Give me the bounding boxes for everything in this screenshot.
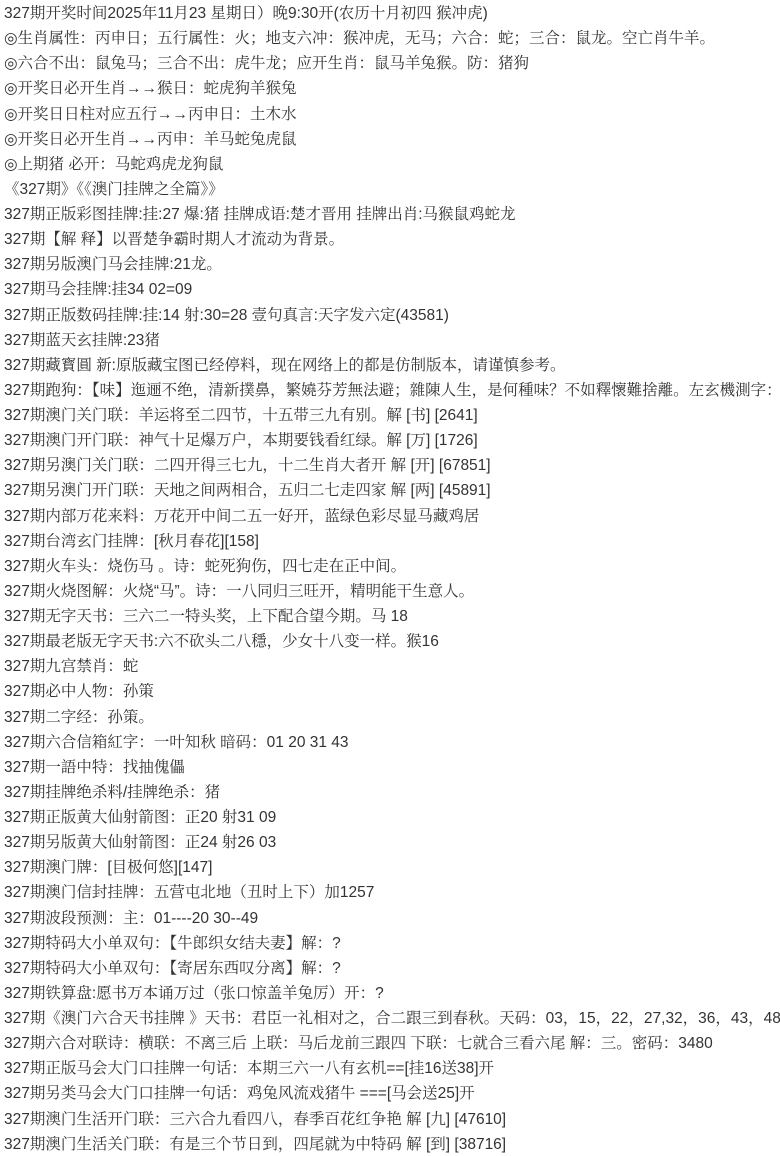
text-line: ◎生肖属性：丙申日；五行属性：火；地支六冲：猴冲虎，无马；六合：蛇；三合：鼠龙。… — [4, 26, 780, 51]
text-line: ◎上期猪 必开：马蛇鸡虎龙狗鼠 — [4, 152, 780, 177]
text-line: 327期另澳门关门联：二四开得三七九，十二生肖大者开 解 [开] [67851] — [4, 453, 780, 478]
text-line: 327期开奖时间2025年11月23 星期日）晚9:30开(农历十月初四 猴冲虎… — [4, 1, 780, 26]
text-line: 《327期》《《澳门挂牌之全篇》》 — [4, 177, 780, 202]
text-line: ◎开奖日日柱对应五行→→丙申日：土木水 — [4, 102, 780, 127]
text-line: 327期【解 释】以晋楚争霸时期人才流动为背景。 — [4, 227, 780, 252]
text-line: 327期《澳门六合天书挂牌 》天书：君臣一礼相对之，合二跟三到春秋。天码：03，… — [4, 1006, 780, 1031]
text-line: ◎开奖日必开生肖→→猴日：蛇虎狗羊猴兔 — [4, 76, 780, 101]
text-line: 327期马会挂牌:挂34 02=09 — [4, 277, 780, 302]
text-line: 327期六合对联诗：横联：不离三后 上联：马后龙前三跟四 下联：七就合三看六尾 … — [4, 1031, 780, 1056]
text-line: 327期蓝天玄挂牌:23猪 — [4, 328, 780, 353]
text-line: 327期六合信箱紅字：一叶知秋 暗码：01 20 31 43 — [4, 730, 780, 755]
text-line: 327期正版马会大门口挂牌一句话：本期三六一八有玄机==[挂16送38]开 — [4, 1056, 780, 1081]
text-line: 327期澳门生活关门联：有是三个节日到，四尾就为中特码 解 [到] [38716… — [4, 1132, 780, 1156]
text-line: 327期跑狗：【味】迤逦不绝，清新撲鼻，繁嬈芬芳無法避；雜陳人生，是何種味？不如… — [4, 378, 780, 403]
text-line: 327期铁算盘:愿书万本诵万过（张口惊盖羊兔厉）开：? — [4, 981, 780, 1006]
text-line: 327期无字天书：三六二一特头奖，上下配合望今期。马 18 — [4, 604, 780, 629]
text-line: 327期内部万花来料：万花开中间二五一好开，蓝绿色彩尽显马藏鸡居 — [4, 504, 780, 529]
text-line: ◎开奖日必开生肖→→丙申：羊马蛇兔虎鼠 — [4, 127, 780, 152]
text-line: 327期正版彩图挂牌:挂:27 爆:猪 挂牌成语:楚才晋用 挂牌出肖:马猴鼠鸡蛇… — [4, 202, 780, 227]
text-line: 327期正版黄大仙射箭图：正20 射31 09 — [4, 805, 780, 830]
text-line: 327期特码大小单双句：【牛郎织女结夫妻】解：? — [4, 931, 780, 956]
text-line: 327期澳门牌：[目极何悠][147] — [4, 855, 780, 880]
text-line: 327期澳门开门联：神气十足爆万户，本期要钱看红绿。解 [万] [1726] — [4, 428, 780, 453]
text-line: 327期波段预测：主：01----20 30--49 — [4, 906, 780, 931]
text-line: 327期澳门生活开门联：三六合九看四八，春季百花红争艳 解 [九] [47610… — [4, 1107, 780, 1132]
lottery-info-document: 327期开奖时间2025年11月23 星期日）晚9:30开(农历十月初四 猴冲虎… — [0, 0, 780, 1156]
text-line: 327期另类马会大门口挂牌一句话：鸡兔风流戏猪牛 ===[马会送25]开 — [4, 1081, 780, 1106]
text-line: 327期一語中特：找抽傀儡 — [4, 755, 780, 780]
text-line: 327期二字经：孙策。 — [4, 705, 780, 730]
text-line: 327期正版数码挂牌:挂:14 射:30=28 壹句真言:天字发六定(43581… — [4, 303, 780, 328]
text-line: 327期火车头：烧伤马 。诗：蛇死狗伤，四七走在正中间。 — [4, 554, 780, 579]
text-line: 327期最老版无字天书:六不砍头二八穩，少女十八变一样。猴16 — [4, 629, 780, 654]
text-line: ◎六合不出：鼠兔马；三合不出：虎牛龙；应开生肖：鼠马羊兔猴。防：猪狗 — [4, 51, 780, 76]
text-line: 327期特码大小单双句：【寄居东西叹分离】解：? — [4, 956, 780, 981]
text-line: 327期火烧图解：火烧“马”。诗：一八同归三旺开，精明能干生意人。 — [4, 579, 780, 604]
text-line: 327期另版澳门马会挂牌:21龙。 — [4, 252, 780, 277]
text-line: 327期澳门信封挂牌：五营屯北地（丑时上下）加1257 — [4, 880, 780, 905]
text-line: 327期澳门关门联：羊运将至二四节，十五带三九有别。解 [书] [2641] — [4, 403, 780, 428]
text-line: 327期挂牌绝杀料/挂牌绝杀：猪 — [4, 780, 780, 805]
text-line: 327期九宫禁肖：蛇 — [4, 654, 780, 679]
text-line: 327期必中人物：孙策 — [4, 679, 780, 704]
text-line: 327期另澳门开门联：天地之间两相合，五归二七走四家 解 [两] [45891] — [4, 478, 780, 503]
text-line: 327期另版黄大仙射箭图：正24 射26 03 — [4, 830, 780, 855]
text-line: 327期藏寳圓 新:原版藏宝图已经停料，现在网络上的都是仿制版本，请谨慎参考。 — [4, 353, 780, 378]
text-line: 327期台湾玄门挂牌：[秋月春花][158] — [4, 529, 780, 554]
